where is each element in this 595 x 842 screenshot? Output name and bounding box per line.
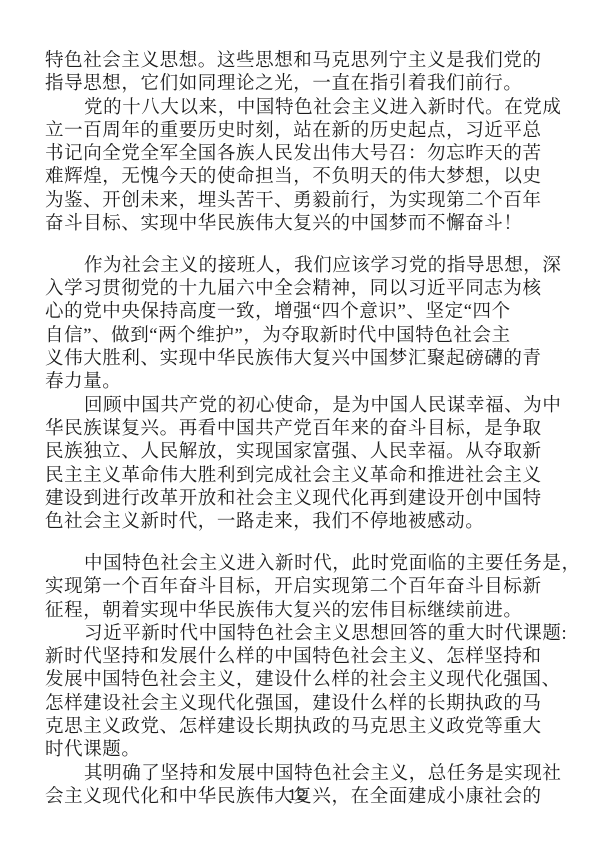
text-line: 奋斗目标、实现中华民族伟大复兴的中国梦而不懈奋斗！: [45, 213, 555, 236]
text-line: 特色社会主义思想。这些思想和马克思列宁主义是我们党的: [45, 50, 555, 73]
text-line: 书记向全党全军全国各族人民发出伟大号召：勿忘昨天的苦: [45, 143, 555, 166]
text-line: 中国特色社会主义进入新时代，此时党面临的主要任务是，: [45, 553, 555, 576]
text-line: 立一百周年的重要历史时刻，站在新的历史起点，习近平总: [45, 120, 555, 143]
text-line: 义伟大胜利、实现中华民族伟大复兴中国梦汇聚起磅礴的青: [45, 348, 555, 371]
paragraph-original-mission: 回顾中国共产党的初心使命，是为中国人民谋幸福、为中 华民族谋复兴。再看中国共产党…: [45, 395, 555, 535]
paragraph-new-era: 党的十八大以来，中国特色社会主义进入新时代。在党成 立一百周年的重要历史时刻，站…: [45, 97, 555, 237]
page-text: 特色社会主义思想。这些思想和马克思列宁主义是我们党的 指导思想，它们如同理论之光…: [45, 50, 555, 809]
page-number: 12: [0, 785, 595, 805]
text-line: 春力量。: [45, 371, 555, 394]
text-line: 实现第一个百年奋斗目标，开启实现第二个百年奋斗目标新: [45, 576, 555, 599]
text-line: 作为社会主义的接班人，我们应该学习党的指导思想，深: [45, 255, 555, 278]
text-line: 习近平新时代中国特色社会主义思想回答的重大时代课题:: [45, 623, 555, 646]
text-line: 党的十八大以来，中国特色社会主义进入新时代。在党成: [45, 97, 555, 120]
text-line: 新时代坚持和发展什么样的中国特色社会主义、怎样坚持和: [45, 646, 555, 669]
text-line: 入学习贯彻党的十九届六中全会精神，同以习近平同志为核: [45, 278, 555, 301]
text-line: 其明确了坚持和发展中国特色社会主义，总任务是实现社: [45, 763, 555, 786]
text-line: 指导思想，它们如同理论之光，一直在指引着我们前行。: [45, 73, 555, 96]
text-line: 难辉煌，无愧今天的使命担当，不负明天的伟大梦想，以史: [45, 166, 555, 189]
paragraph-era-questions: 习近平新时代中国特色社会主义思想回答的重大时代课题: 新时代坚持和发展什么样的中…: [45, 623, 555, 763]
paragraph-main-tasks: 中国特色社会主义进入新时代，此时党面临的主要任务是， 实现第一个百年奋斗目标，开…: [45, 553, 555, 623]
text-line: 克思主义政党、怎样建设长期执政的马克思主义政党等重大: [45, 716, 555, 739]
paragraph-continued: 特色社会主义思想。这些思想和马克思列宁主义是我们党的 指导思想，它们如同理论之光…: [45, 50, 555, 97]
text-line: 民主主义革命伟大胜利到完成社会主义革命和推进社会主义: [45, 465, 555, 488]
text-line: 建设到进行改革开放和社会主义现代化再到建设开创中国特: [45, 488, 555, 511]
document-page: 特色社会主义思想。这些思想和马克思列宁主义是我们党的 指导思想，它们如同理论之光…: [0, 0, 595, 842]
text-line: 发展中国特色社会主义，建设什么样的社会主义现代化强国、: [45, 669, 555, 692]
text-line: 征程，朝着实现中华民族伟大复兴的宏伟目标继续前进。: [45, 600, 555, 623]
text-line: 心的党中央保持高度一致，增强“四个意识”、坚定“四个: [45, 301, 555, 324]
text-line: 自信”、做到“两个维护”，为夺取新时代中国特色社会主: [45, 325, 555, 348]
text-line: 色社会主义新时代，一路走来，我们不停地被感动。: [45, 511, 555, 534]
paragraph-successors: 作为社会主义的接班人，我们应该学习党的指导思想，深 入学习贯彻党的十九届六中全会…: [45, 255, 555, 395]
text-line: 怎样建设社会主义现代化强国，建设什么样的长期执政的马: [45, 693, 555, 716]
text-line: 回顾中国共产党的初心使命，是为中国人民谋幸福、为中: [45, 395, 555, 418]
text-line: 为鉴、开创未来，埋头苦干、勇毅前行，为实现第二个百年: [45, 190, 555, 213]
text-line: 民族独立、人民解放，实现国家富强、人民幸福。从夺取新: [45, 441, 555, 464]
text-line: 华民族谋复兴。再看中国共产党百年来的奋斗目标，是争取: [45, 418, 555, 441]
text-line: 时代课题。: [45, 739, 555, 762]
